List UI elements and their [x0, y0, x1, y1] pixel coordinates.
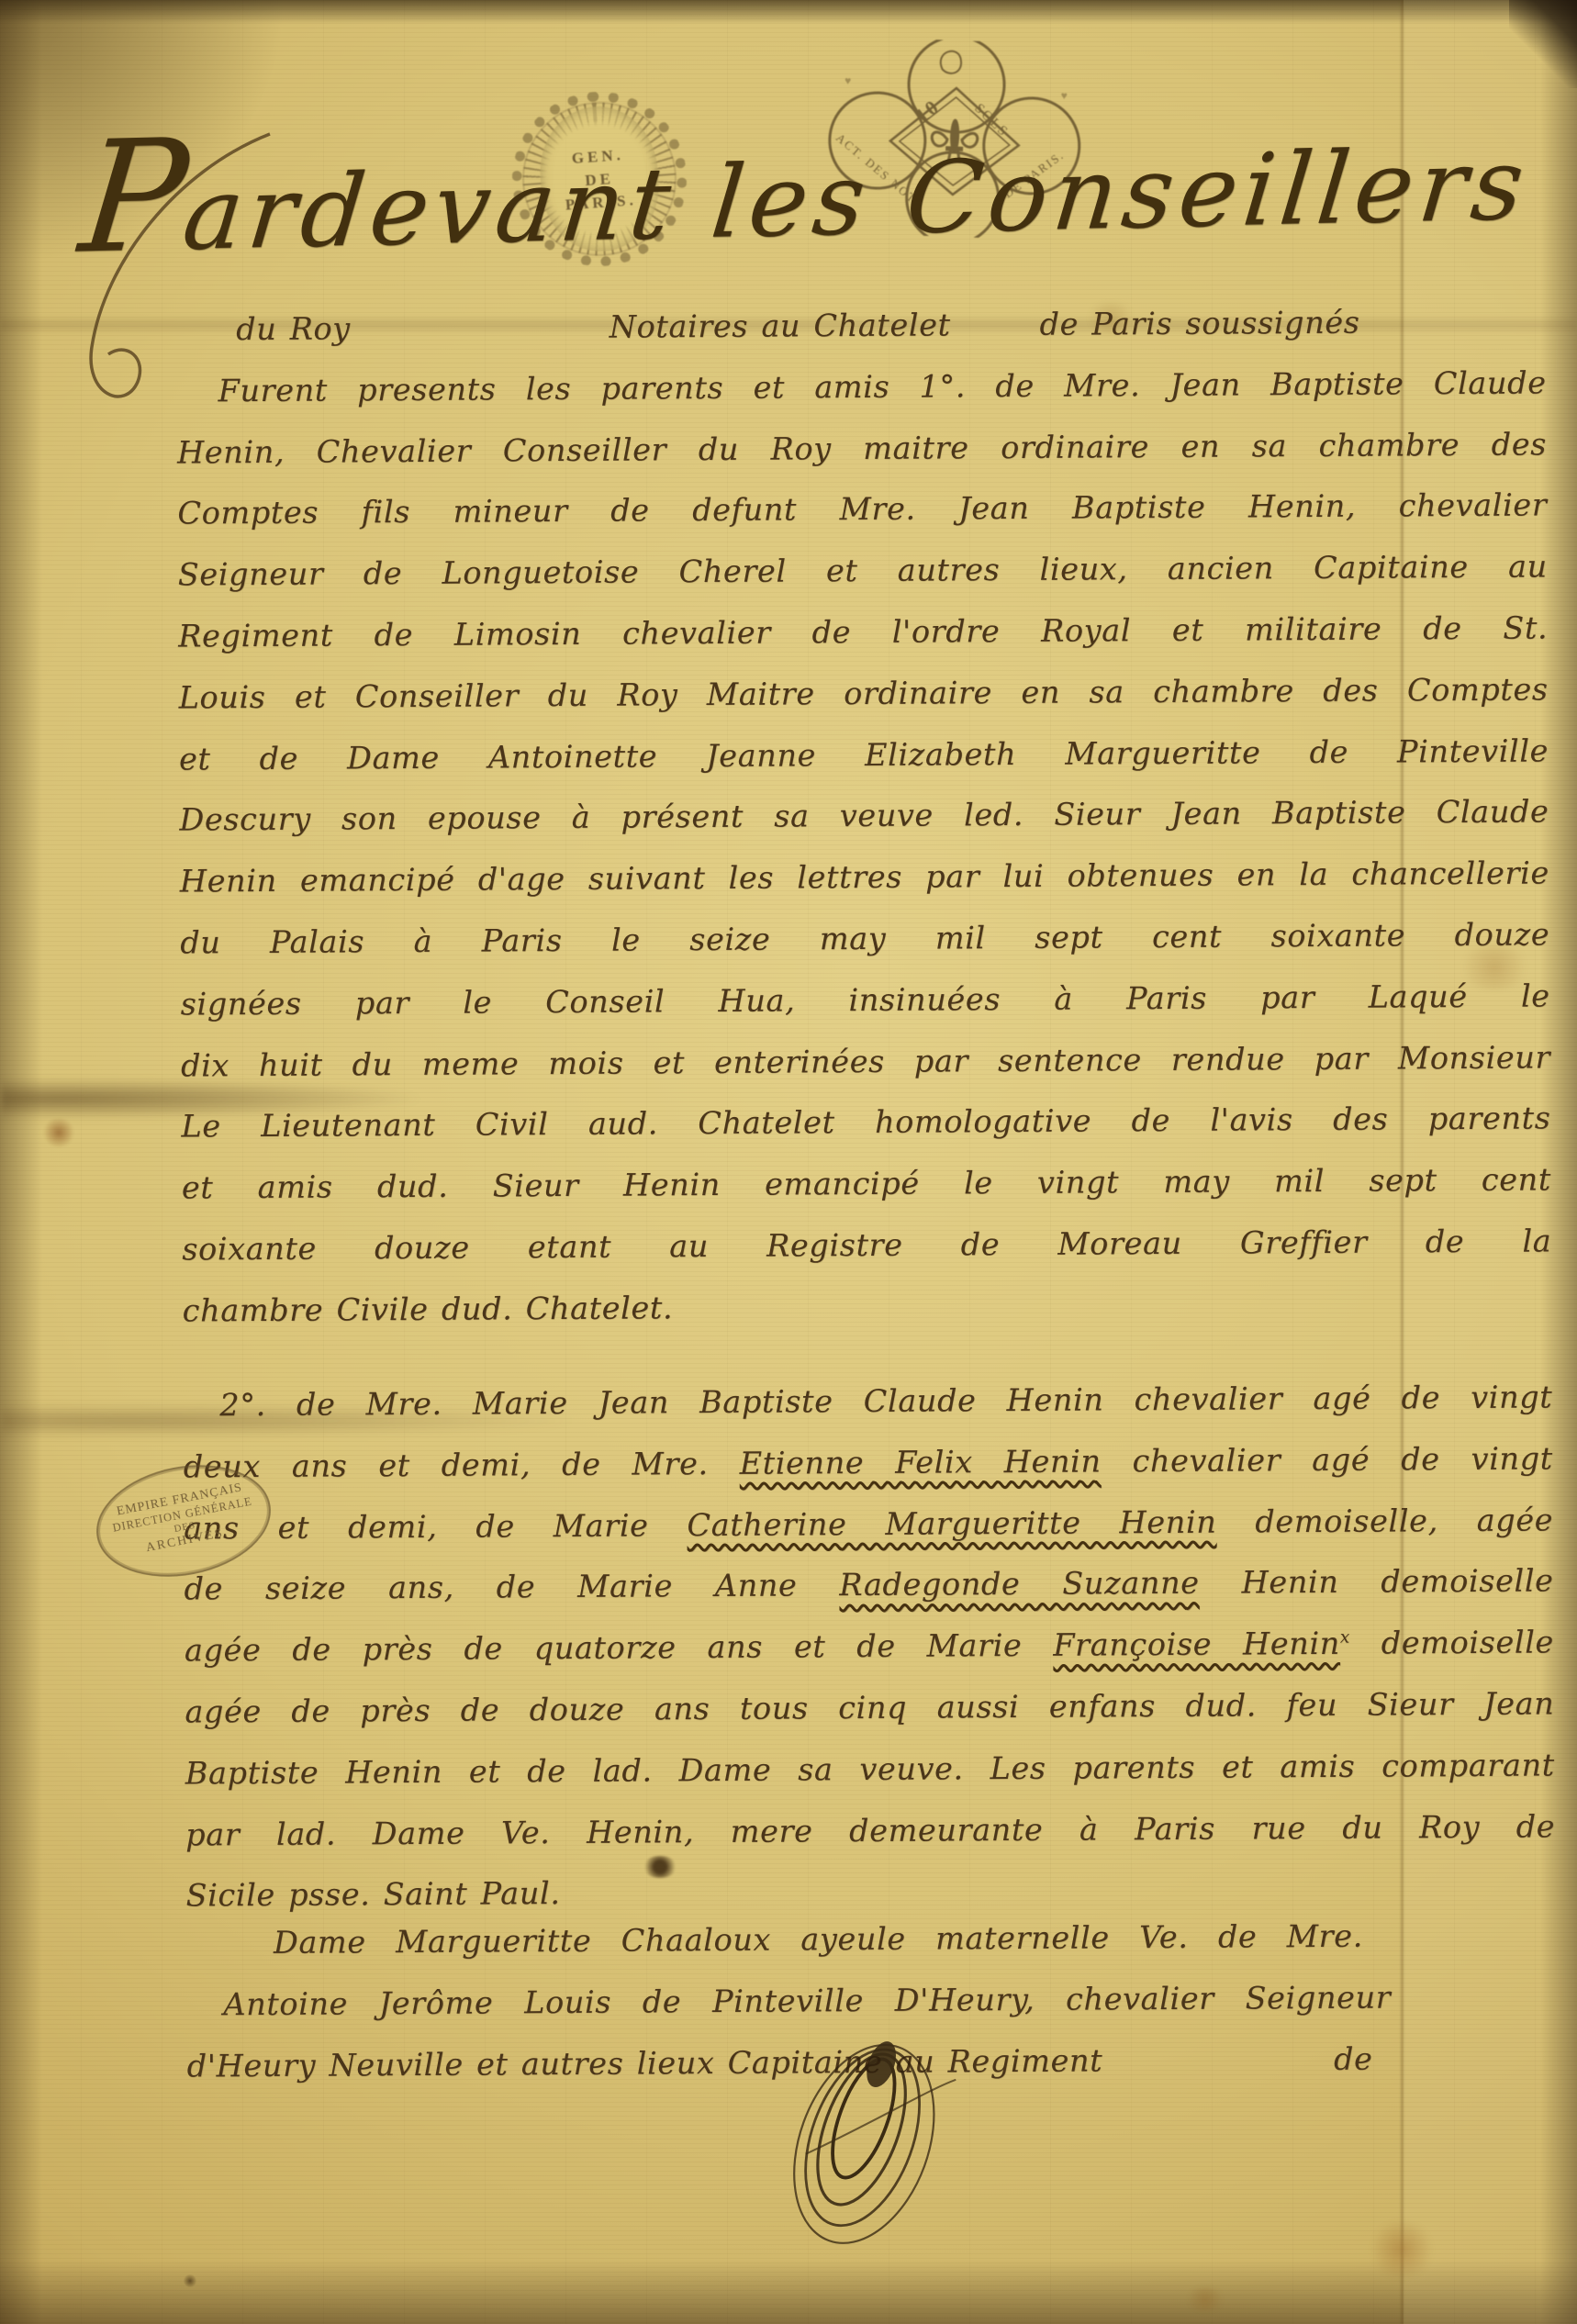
text-segment: Louis et Conseiller du Roy Maitre ordina… — [179, 671, 1549, 715]
text-segment: Henin emancipé d'age suivant les lettres… — [180, 855, 1549, 899]
text-segment: et amis dud. Sieur Henin emancipé le vin… — [182, 1162, 1551, 1206]
manuscript-body: du RoyNotaires au Chateletde Paris souss… — [174, 0, 1544, 5]
underlined-name: Radegonde Suzanne — [839, 1565, 1200, 1603]
manuscript-line: 2°. de Mre. Marie Jean Baptiste Claude H… — [183, 1367, 1552, 1436]
page-title: Pardevant les Conseillers — [71, 73, 1577, 318]
manuscript-line: ans et demi, de Marie Catherine Margueri… — [184, 1490, 1553, 1559]
text-segment: x — [1340, 1628, 1350, 1648]
underlined-name: Françoise Henin — [1053, 1626, 1340, 1663]
rust-stain — [42, 1118, 75, 1147]
heart-ornament-icon: ♥ — [844, 74, 852, 87]
manuscript-line: Henin emancipé d'age suivant les lettres… — [180, 844, 1549, 913]
text-segment: Furent presents les parents et amis 1°. … — [218, 364, 1546, 408]
blank-space — [950, 295, 1039, 356]
manuscript-line: Antoine Jerôme Louis de Pinteville D'Heu… — [186, 1966, 1556, 2036]
text-segment: chevalier agé de vingt — [1101, 1440, 1552, 1479]
text-segment: par lad. Dame Ve. Henin, mere demeurante… — [185, 1808, 1555, 1852]
text-segment: Henin demoiselle — [1200, 1563, 1554, 1601]
paraph-ellipse — [784, 2036, 942, 2241]
text-segment: Sicile psse. Saint Paul. — [185, 1875, 560, 1913]
text-segment: chambre Civile dud. Chatelet. — [183, 1290, 674, 1328]
manuscript-line: dix huit du meme mois et enterinées par … — [181, 1027, 1550, 1097]
text-segment: demoiselle — [1350, 1625, 1554, 1661]
manuscript-line: par lad. Dame Ve. Henin, mere demeurante… — [185, 1796, 1555, 1866]
manuscript-line: signées par le Conseil Hua, insinuées à … — [180, 966, 1549, 1035]
manuscript-line: Louis et Conseiller du Roy Maitre ordina… — [178, 659, 1548, 729]
paragraph-emancipation: du RoyNotaires au Chateletde Paris souss… — [176, 291, 1552, 1342]
text-segment: demoiselle, agée — [1216, 1502, 1553, 1539]
manuscript-line: et de Dame Antoinette Jeanne Elizabeth M… — [179, 721, 1549, 790]
manuscript-line: agée de près de douze ans tous cinq auss… — [185, 1673, 1554, 1743]
manuscript-photo: GEN. DE PARIS. 10 SOLS ACT. DES NOT. DE … — [0, 0, 1577, 2324]
text-segment: Comptes fils mineur de defunt Mre. Jean … — [177, 487, 1547, 531]
ink-speck — [184, 2274, 196, 2287]
underlined-name: Catherine Margueritte Henin — [687, 1503, 1216, 1543]
text-segment: Seigneur de Longuetoise Cherel et autres… — [178, 549, 1548, 593]
foxing-stain — [1184, 2287, 1226, 2311]
text-segment: dix huit du meme mois et enterinées par … — [181, 1039, 1550, 1083]
text-segment: de seize ans, de Marie Anne — [184, 1568, 839, 1607]
text-segment: 2°. de Mre. Marie Jean Baptiste Claude H… — [219, 1379, 1552, 1423]
manuscript-line: Dame Margueritte Chaaloux ayeule materne… — [186, 1905, 1556, 1974]
text-segment: agée de près de douze ans tous cinq auss… — [185, 1685, 1554, 1729]
manuscript-line: Regiment de Limosin chevalier de l'ordre… — [178, 598, 1548, 667]
manuscript-line: de seize ans, de Marie Anne Radegonde Su… — [184, 1551, 1553, 1621]
manuscript-line: du Palais à Paris le seize may mil sept … — [180, 904, 1549, 974]
text-segment: signées par le Conseil Hua, insinuées à … — [181, 978, 1550, 1022]
manuscript-line: Seigneur de Longuetoise Cherel et autres… — [178, 537, 1548, 607]
manuscript-line: soixante douze etant au Registre de More… — [182, 1211, 1551, 1280]
paragraph-children: 2°. de Mre. Marie Jean Baptiste Claude H… — [183, 1367, 1556, 1927]
scroll-curl — [940, 50, 961, 73]
manuscript-line: Henin, Chevalier Conseiller du Roy maitr… — [177, 414, 1547, 484]
text-segment: Le Lieutenant Civil aud. Chatelet homolo… — [181, 1101, 1550, 1145]
text-segment: Regiment de Limosin chevalier de l'ordre… — [178, 609, 1548, 654]
manuscript-line: agée de près de quatorze ans et de Marie… — [185, 1613, 1554, 1682]
text-segment: de Paris soussignés — [1039, 293, 1359, 356]
text-segment: Henin, Chevalier Conseiller du Roy maitr… — [177, 426, 1547, 470]
manuscript-line: Le Lieutenant Civil aud. Chatelet homolo… — [181, 1089, 1550, 1158]
text-segment: Baptiste Henin et de lad. Dame sa veuve.… — [185, 1747, 1555, 1791]
text-segment: deux ans et demi, de Mre. — [184, 1446, 740, 1485]
paraph-ellipse — [800, 2042, 923, 2216]
manuscript-line: Baptiste Henin et de lad. Dame sa veuve.… — [185, 1735, 1555, 1804]
text-segment: du Palais à Paris le seize may mil sept … — [180, 916, 1549, 960]
foxing-stain — [1370, 2221, 1434, 2278]
manuscript-line: Descury son epouse à présent sa veuve le… — [179, 782, 1549, 852]
manuscript-line: Furent presents les parents et amis 1°. … — [176, 352, 1546, 422]
blank-space — [1102, 2028, 1334, 2091]
text-segment: Dame Margueritte Chaaloux ayeule materne… — [274, 1918, 1363, 1961]
text-segment: Descury son epouse à présent sa veuve le… — [179, 794, 1549, 838]
text-segment: de — [1334, 2028, 1373, 2090]
text-segment: et de Dame Antoinette Jeanne Elizabeth M… — [179, 732, 1549, 777]
text-segment: Antoine Jerôme Louis de Pinteville D'Heu… — [223, 1979, 1391, 2022]
blank-space — [1359, 291, 1546, 353]
manuscript-line: et amis dud. Sieur Henin emancipé le vin… — [182, 1150, 1551, 1220]
blank-space — [1372, 2028, 1401, 2090]
text-segment: agée de près de quatorze ans et de Marie — [185, 1627, 1054, 1669]
manuscript-line: deux ans et demi, de Mre. Etienne Felix … — [184, 1428, 1553, 1498]
underlined-name: Etienne Felix Henin — [740, 1443, 1102, 1480]
paraph-flourish — [758, 2036, 971, 2249]
text-segment: soixante douze etant au Registre de More… — [182, 1223, 1551, 1267]
manuscript-line: chambre Civile dud. Chatelet. — [183, 1272, 1552, 1342]
manuscript-line: Comptes fils mineur de defunt Mre. Jean … — [177, 475, 1547, 545]
